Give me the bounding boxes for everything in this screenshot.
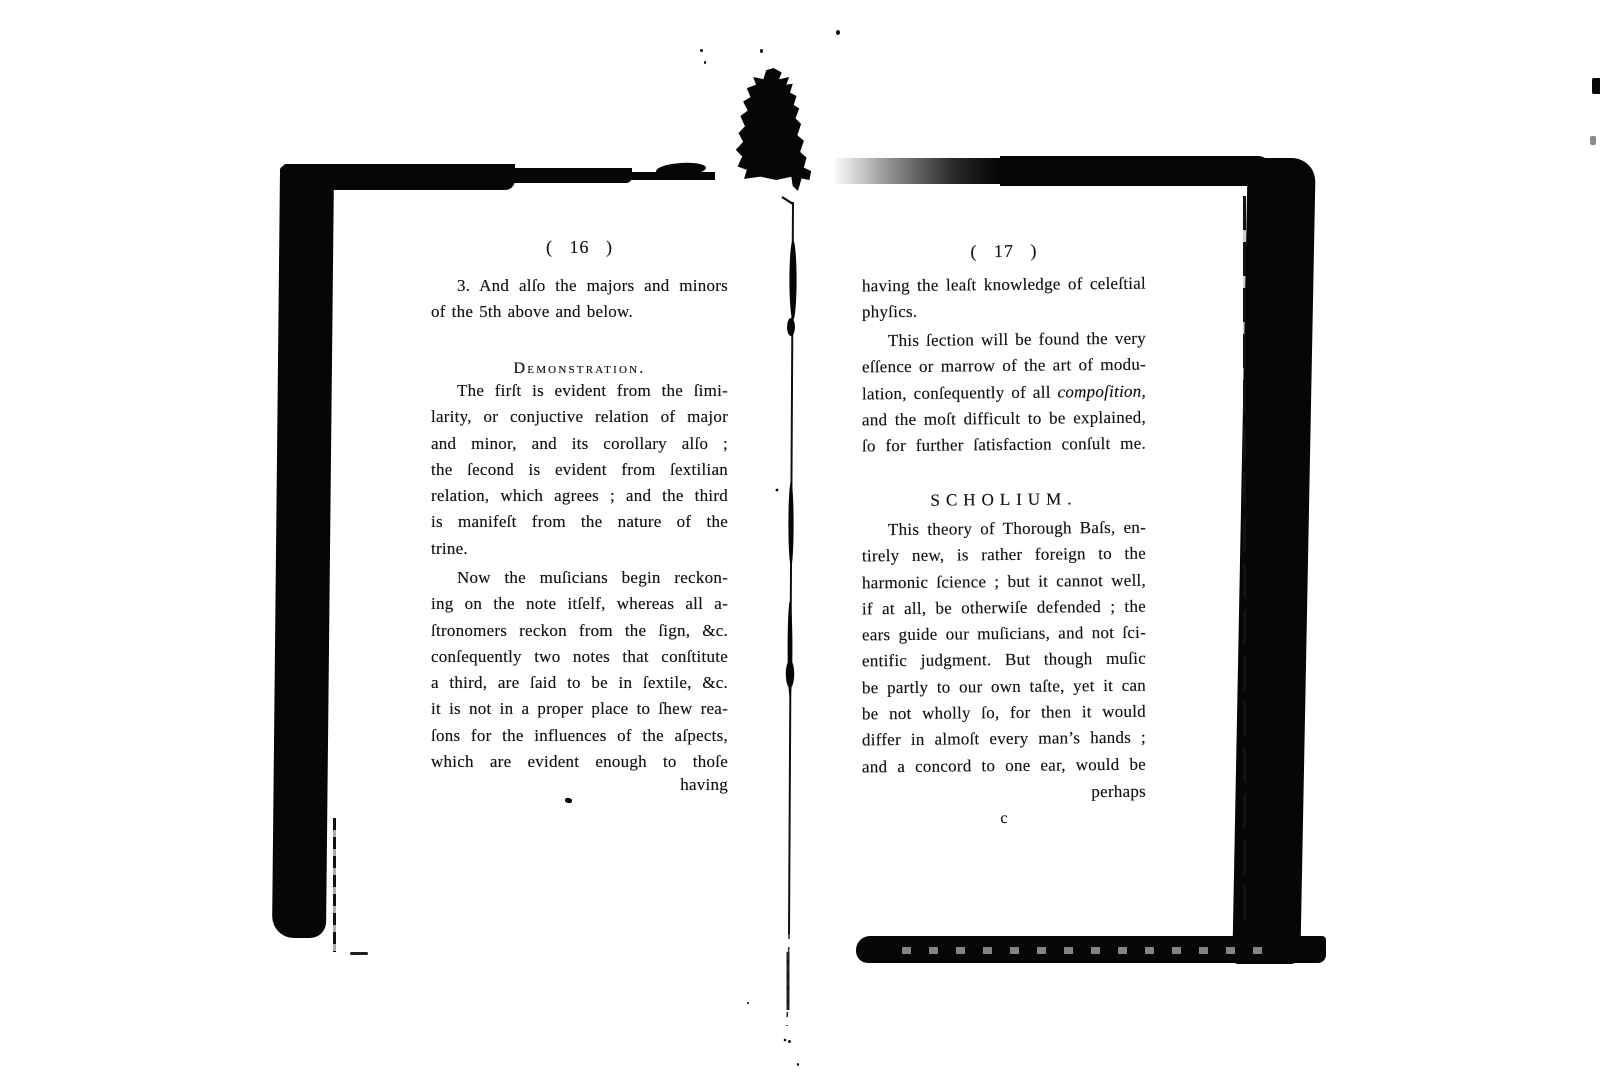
text-line: having the leaſt knowledge of celeſtial: [862, 271, 1146, 300]
text-line: and a concord to one ear, would be: [862, 751, 1146, 780]
text-line: the ſecond is evident from ſextilian: [431, 457, 728, 483]
text-line: This theory of Thorough Baſs, en-: [862, 515, 1146, 544]
text-line: larity, or conjuctive relation of major: [431, 404, 728, 430]
ink-speck: [747, 1002, 749, 1004]
book-cover-bottom-right-edge: [856, 936, 1326, 963]
gutter-hook: [782, 197, 793, 204]
text-line: trine.: [431, 536, 728, 562]
ink-smudge: [1590, 136, 1596, 145]
text-line: and minor, and its corollary alſo ;: [431, 431, 728, 457]
page-edge-left-line: [333, 818, 336, 952]
ink-speck: [700, 49, 703, 52]
text-line: conſequently two notes that conſtitute: [431, 644, 728, 670]
text-line: entific judgment. But though muſic: [862, 646, 1146, 675]
text-line: ears guide our muſicians, and not ſci-: [862, 620, 1146, 649]
ink-speck: [760, 49, 763, 53]
text-line: of the 5th above and below.: [431, 299, 728, 325]
ink-blob-spine-top: [733, 68, 825, 180]
speckle-overlay: [902, 947, 1272, 954]
text-line: ing on the note itſelf, whereas all a-: [431, 591, 728, 617]
text-line: and the moſt difficult to be explained,: [862, 405, 1146, 434]
page-edge-right-line: [1243, 196, 1246, 932]
ink-speck: [776, 489, 779, 492]
text-line: is manifeſt from the nature of the: [431, 509, 728, 535]
book-cover-top-right-edge: [1000, 156, 1272, 186]
signature-mark: c: [862, 805, 1146, 834]
paragraph-demonstration: The firſt is evident from the ſimi- lari…: [431, 378, 728, 562]
ink-speck: [704, 61, 706, 64]
text-line: be partly to our own taſte, yet it can: [862, 672, 1146, 701]
text-line: The firſt is evident from the ſimi-: [431, 378, 728, 404]
gutter-blot: [787, 318, 795, 336]
section-heading-scholium: SCHOLIUM.: [862, 486, 1146, 515]
italic-word-composition: compoſition,: [1057, 381, 1146, 401]
paragraph-continuation: having the leaſt knowledge of celeſtial …: [862, 272, 1146, 325]
spine-gutter-line: [760, 194, 810, 1054]
paragraph-intro: 3. And alſo the majors and minors of the…: [431, 273, 728, 326]
text-line: eſſence or marrow of the art of modu-: [862, 352, 1146, 381]
text-line: a third, are ſaid to be in ſextile, &c.: [431, 670, 728, 696]
text-line: Now the muſicians begin reckon-: [431, 565, 728, 591]
text-line: 3. And alſo the majors and minors: [431, 273, 728, 299]
ink-blob-drip: [790, 176, 802, 191]
paragraph-scholium: This theory of Thorough Baſs, en- tirely…: [862, 516, 1146, 779]
ink-speck: [836, 30, 840, 35]
book-cover-left-edge: [272, 166, 334, 938]
text-line: ſo for further ſatisfaction conſult me.: [862, 431, 1146, 460]
text-line: be not wholly ſo, for then it would: [862, 699, 1146, 728]
catchword-left: having: [431, 772, 728, 798]
text-line: differ in almoſt every man’s hands ;: [862, 725, 1146, 754]
gutter-thick-segment: [789, 240, 796, 320]
text-line: relation, which agrees ; and the third: [431, 483, 728, 509]
text-line: phyſics.: [862, 297, 1146, 326]
text-line: ſtronomers reckon from the ſign, &c.: [431, 618, 728, 644]
text-segment: lation, conſequently of all: [862, 382, 1058, 403]
ink-speck: [788, 1040, 791, 1043]
ink-speck: [1592, 78, 1600, 94]
text-line: This ſection will be found the very: [862, 326, 1146, 355]
book-cover-top-right-fade: [833, 158, 1025, 184]
paragraph-musicians: Now the muſicians begin reckon- ing on t…: [431, 565, 728, 775]
text-line: ſons for the influences of the aſpects,: [431, 723, 728, 749]
book-scan-spread: ( 16 ) 3. And alſo the majors and minors…: [0, 0, 1600, 1078]
gutter-textured-segment: [787, 952, 790, 1010]
text-line: if at all, be otherwiſe defended ; the: [862, 594, 1146, 623]
page-number-left: ( 16 ): [431, 234, 728, 260]
text-line: harmonic ſcience ; but it cannot well,: [862, 567, 1146, 596]
ink-speck: [797, 1063, 799, 1066]
text-line: tirely new, is rather foreign to the: [862, 541, 1146, 570]
text-line: it is not in a proper place to ſhew rea-: [431, 696, 728, 722]
gutter-thick-segment: [788, 482, 793, 566]
ink-speck: [784, 1039, 787, 1042]
gutter-blot: [786, 660, 794, 688]
page-number-right: ( 17 ): [862, 237, 1146, 266]
ink-dash-mark: [350, 952, 368, 955]
text-line: lation, conſequently of all compoſition,: [862, 378, 1146, 407]
paragraph-section: This ſection will be found the very eſſe…: [862, 327, 1146, 458]
catchword-right: perhaps: [862, 779, 1146, 808]
